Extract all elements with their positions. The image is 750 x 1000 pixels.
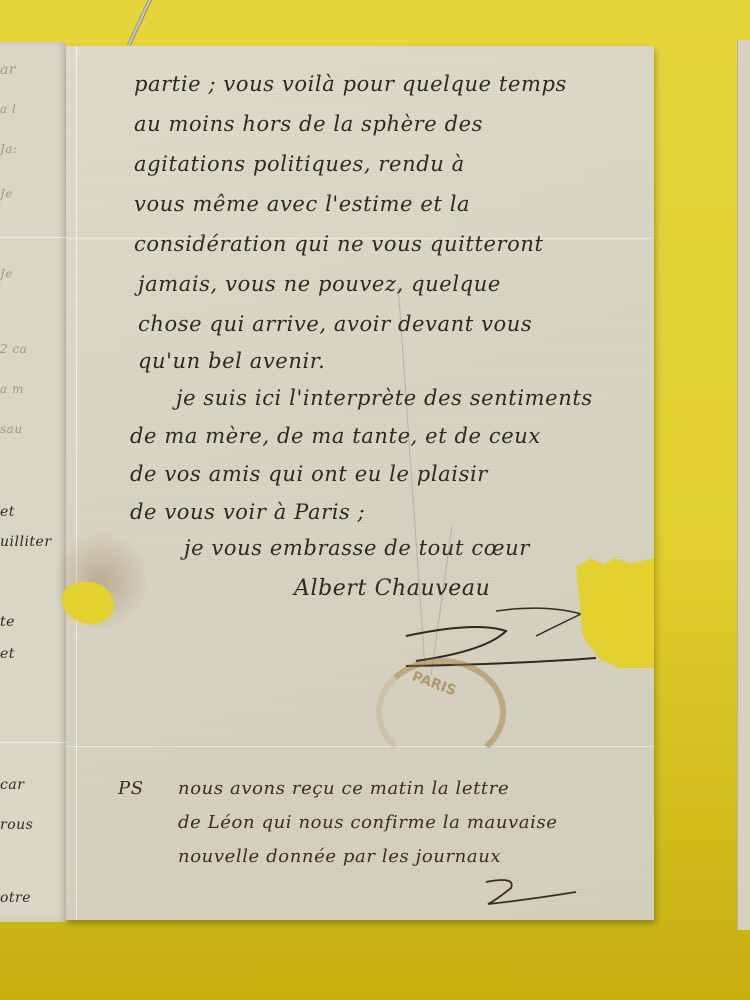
left-fragment-text: ar xyxy=(0,62,16,78)
letter-line: jamais, vous ne pouvez, quelque xyxy=(138,272,501,296)
left-fragment-text: otre xyxy=(0,890,31,906)
letter-line: je suis ici l'interprète des sentiments xyxy=(176,386,593,410)
fold-line xyxy=(0,742,66,743)
fold-line xyxy=(66,746,654,747)
letter-line: agitations politiques, rendu à xyxy=(134,152,465,176)
letter-line: considération qui ne vous quitteront xyxy=(134,232,544,256)
letter-line: de vos amis qui ont eu le plaisir xyxy=(130,462,488,486)
letter-line: de ma mère, de ma tante, et de ceux xyxy=(130,424,541,448)
left-page-fragment: ar et uilliter te et car rous otre a l J… xyxy=(0,42,66,922)
left-fragment-text: et xyxy=(0,646,15,662)
fold-line xyxy=(76,46,77,920)
postscript-marker: PS xyxy=(118,778,144,799)
left-fragment-text: et xyxy=(0,504,15,520)
postscript-flourish xyxy=(476,874,586,914)
letter-line: je vous embrasse de tout cœur xyxy=(184,536,530,560)
postscript-line: nous avons reçu ce matin la lettre xyxy=(178,778,509,799)
postscript-line: de Léon qui nous confirme la mauvaise xyxy=(178,812,558,833)
postscript-line: nouvelle donnée par les journaux xyxy=(178,846,501,867)
letter-page: partie ; vous voilà pour quelque temps a… xyxy=(66,46,654,920)
right-page-edge xyxy=(737,40,750,930)
postmark-stamp xyxy=(376,658,506,766)
string-thread xyxy=(127,0,154,47)
left-fragment-text: te xyxy=(0,614,15,630)
left-fragment-text: uilliter xyxy=(0,534,52,550)
letter-line: vous même avec l'estime et la xyxy=(134,192,470,216)
signature: Albert Chauveau xyxy=(294,576,490,601)
left-fragment-text: car xyxy=(0,777,24,793)
letter-line: au moins hors de la sphère des xyxy=(134,112,483,136)
letter-line: partie ; vous voilà pour quelque temps xyxy=(134,72,567,96)
left-fragment-text: rous xyxy=(0,817,33,833)
letter-line: de vous voir à Paris ; xyxy=(130,500,365,524)
letter-line: chose qui arrive, avoir devant vous xyxy=(138,312,532,336)
letter-line: qu'un bel avenir. xyxy=(138,349,325,373)
fold-line xyxy=(0,237,66,238)
